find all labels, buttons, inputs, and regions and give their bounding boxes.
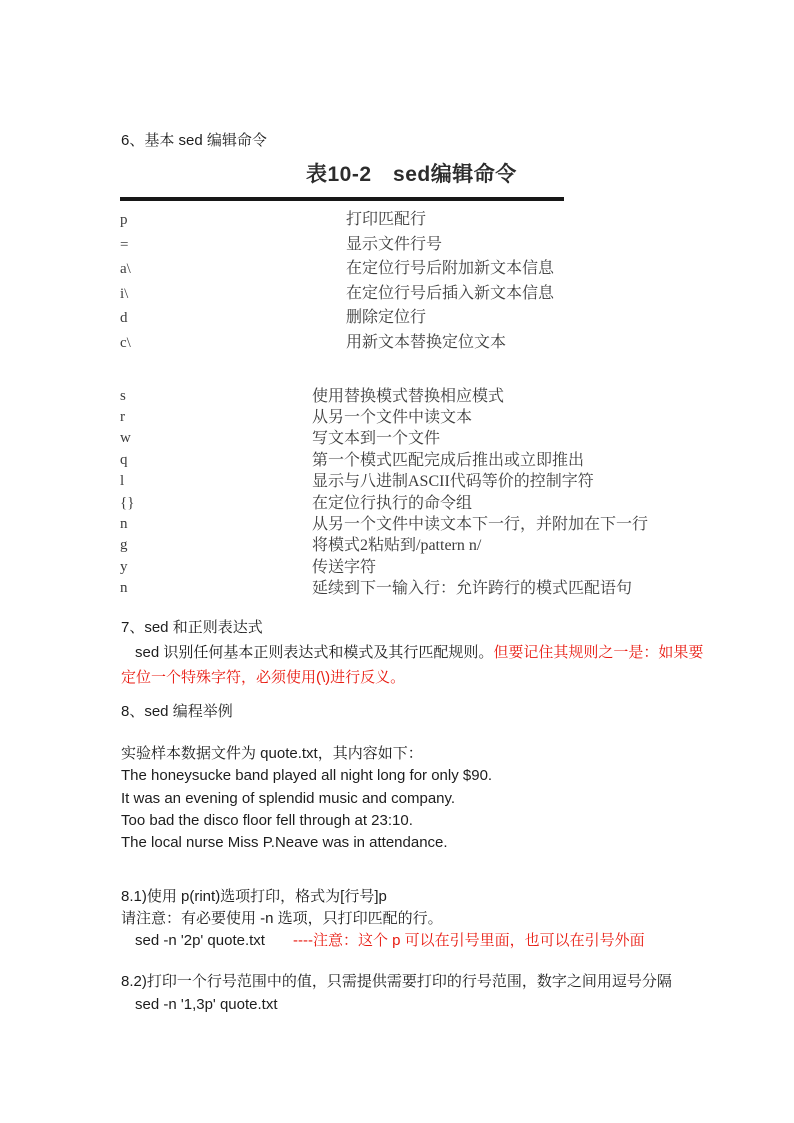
command-cell: = — [120, 233, 346, 258]
description-cell: 删除定位行 — [346, 306, 686, 331]
table-caption: 表10-2 sed编辑命令 — [306, 158, 686, 188]
section8-1-note: 请注意：有必要使用 -n 选项，只打印匹配的行。 — [121, 910, 443, 927]
table-row: g 将模式2粘贴到/pattern n/ — [120, 535, 686, 556]
description-cell: 在定位行号后插入新文本信息 — [346, 282, 686, 307]
section8-1-command-line: sed -n '2p' quote.txt----注意：这个 p 可以在引号里面… — [135, 932, 645, 949]
command-cell: r — [120, 407, 312, 428]
section6-heading: 6、基本 sed 编辑命令 — [121, 132, 267, 149]
table-row: q 第一个模式匹配完成后推出或立即推出 — [120, 450, 686, 471]
command-text: sed -n '2p' quote.txt — [135, 932, 265, 949]
command-cell: a\ — [120, 257, 346, 282]
command-cell: {} — [120, 493, 312, 514]
description-cell: 显示与八进制ASCII代码等价的控制字符 — [312, 471, 686, 492]
table-row: r 从另一个文件中读文本 — [120, 407, 686, 428]
table-row: n 从另一个文件中读文本下一行，并附加在下一行 — [120, 514, 686, 535]
command-cell: d — [120, 306, 346, 331]
table-row: y 传送字符 — [120, 557, 686, 578]
description-cell: 用新文本替换定位文本 — [346, 331, 686, 356]
description-cell: 使用替换模式替换相应模式 — [312, 386, 686, 407]
quote-file-block: 实验样本数据文件为 quote.txt，其内容如下： The honeysuck… — [121, 743, 492, 854]
section8-2-command-line: sed -n '1,3p' quote.txt — [135, 996, 278, 1013]
command-cell: l — [120, 471, 312, 492]
command-cell: p — [120, 208, 346, 233]
command-cell: q — [120, 450, 312, 471]
table-row: = 显示文件行号 — [120, 233, 686, 258]
description-cell: 打印匹配行 — [346, 208, 686, 233]
quote-line: Too bad the disco floor fell through at … — [121, 810, 492, 832]
command-cell: c\ — [120, 331, 346, 356]
table-group-2: s 使用替换模式替换相应模式 r 从另一个文件中读文本 w 写文本到一个文件 q… — [120, 386, 686, 600]
description-cell: 写文本到一个文件 — [312, 428, 686, 449]
quote-line: The honeysucke band played all night lon… — [121, 765, 492, 787]
description-cell: 传送字符 — [312, 557, 686, 578]
table-top-rule — [120, 197, 564, 201]
table-row: c\ 用新文本替换定位文本 — [120, 331, 686, 356]
quote-intro: 实验样本数据文件为 quote.txt，其内容如下： — [121, 743, 492, 765]
command-cell: n — [120, 514, 312, 535]
table-row: d 删除定位行 — [120, 306, 686, 331]
section8-1-title: 8.1)使用 p(rint)选项打印，格式为[行号]p — [121, 888, 387, 905]
description-cell: 将模式2粘贴到/pattern n/ — [312, 535, 686, 556]
table-row: a\ 在定位行号后附加新文本信息 — [120, 257, 686, 282]
description-cell: 显示文件行号 — [346, 233, 686, 258]
quote-line: The local nurse Miss P.Neave was in atte… — [121, 832, 492, 854]
sed-commands-table-image: 表10-2 sed编辑命令 p 打印匹配行 = 显示文件行号 a\ 在定位行号后… — [120, 158, 686, 600]
table-row: i\ 在定位行号后插入新文本信息 — [120, 282, 686, 307]
section7-line1-red: 但要记住其规则之一是：如果要 — [493, 644, 703, 661]
table-row: w 写文本到一个文件 — [120, 428, 686, 449]
description-cell: 从另一个文件中读文本 — [312, 407, 686, 428]
section7-line1: sed 识别任何基本正则表达式和模式及其行匹配规则。但要记住其规则之一是：如果要 — [135, 644, 703, 661]
section8-2-title: 8.2)打印一个行号范围中的值，只需提供需要打印的行号范围，数字之间用逗号分隔 — [121, 973, 672, 990]
table-row: l 显示与八进制ASCII代码等价的控制字符 — [120, 471, 686, 492]
description-cell: 在定位行号后附加新文本信息 — [346, 257, 686, 282]
section7-line2-red: 定位一个特殊字符，必须使用(\)进行反义。 — [121, 669, 405, 686]
command-cell: g — [120, 535, 312, 556]
command-cell: n — [120, 578, 312, 599]
table-row: n 延续到下一输入行：允许跨行的模式匹配语句 — [120, 578, 686, 599]
description-cell: 从另一个文件中读文本下一行，并附加在下一行 — [312, 514, 686, 535]
table-row: s 使用替换模式替换相应模式 — [120, 386, 686, 407]
quote-line: It was an evening of splendid music and … — [121, 788, 492, 810]
command-cell: y — [120, 557, 312, 578]
command-cell: w — [120, 428, 312, 449]
table-row: {} 在定位行执行的命令组 — [120, 493, 686, 514]
section7-heading: 7、sed 和正则表达式 — [121, 619, 263, 636]
section7-line1-black: sed 识别任何基本正则表达式和模式及其行匹配规则。 — [135, 644, 493, 661]
command-note-red: ----注意：这个 p 可以在引号里面，也可以在引号外面 — [293, 932, 645, 949]
table-row: p 打印匹配行 — [120, 208, 686, 233]
description-cell: 在定位行执行的命令组 — [312, 493, 686, 514]
table-group-1: p 打印匹配行 = 显示文件行号 a\ 在定位行号后附加新文本信息 i\ 在定位… — [120, 208, 686, 356]
section8-heading: 8、sed 编程举例 — [121, 703, 233, 720]
description-cell: 第一个模式匹配完成后推出或立即推出 — [312, 450, 686, 471]
description-cell: 延续到下一输入行：允许跨行的模式匹配语句 — [312, 578, 686, 599]
command-cell: i\ — [120, 282, 346, 307]
command-cell: s — [120, 386, 312, 407]
